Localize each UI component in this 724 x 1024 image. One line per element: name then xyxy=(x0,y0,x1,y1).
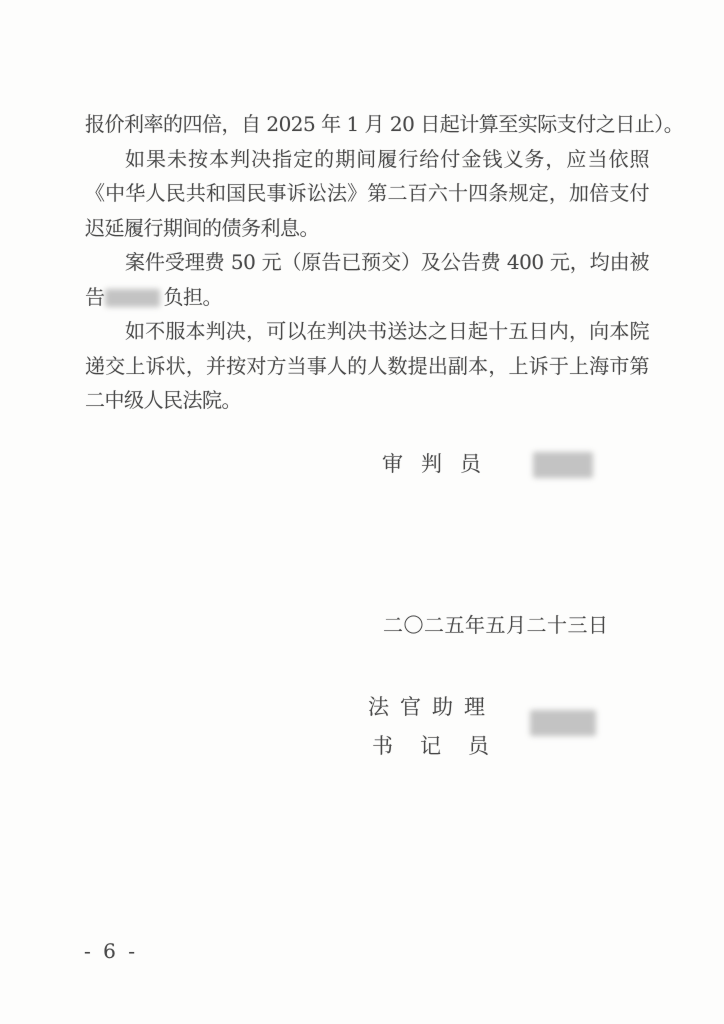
page-number: - 6 - xyxy=(84,939,138,963)
redacted-defendant-name xyxy=(105,289,160,307)
clerk-label: 书记员 xyxy=(372,734,516,758)
judge-label: 审判员 xyxy=(382,452,499,476)
court-fees-text-after: 负担。 xyxy=(164,285,223,309)
judgment-body: 报价利率的四倍，自 2025 年 1 月 20 日起计算至实际支付之日止）。 如… xyxy=(85,107,649,418)
judgment-page: 报价利率的四倍，自 2025 年 1 月 20 日起计算至实际支付之日止）。 如… xyxy=(0,0,724,1024)
redacted-staff-name-blur xyxy=(530,710,596,736)
para-appeal-rights: 如不服本判决，可以在判决书送达之日起十五日内，向本院递交上诉状，并按对方当事人的… xyxy=(85,314,649,418)
redacted-judge-name-blur xyxy=(533,452,593,478)
para-late-performance-clause: 如果未按本判决指定的期间履行给付金钱义务，应当依照《中华人民共和国民事诉讼法》第… xyxy=(85,142,649,246)
para-court-fees: 案件受理费 50 元（原告已预交）及公告费 400 元，均由被告负担。 xyxy=(85,245,649,314)
judgment-date: 二〇二五年五月二十三日 xyxy=(383,613,609,637)
para-interest-clause: 报价利率的四倍，自 2025 年 1 月 20 日起计算至实际支付之日止）。 xyxy=(85,107,649,142)
assistant-judge-label: 法官助理 xyxy=(368,695,496,719)
